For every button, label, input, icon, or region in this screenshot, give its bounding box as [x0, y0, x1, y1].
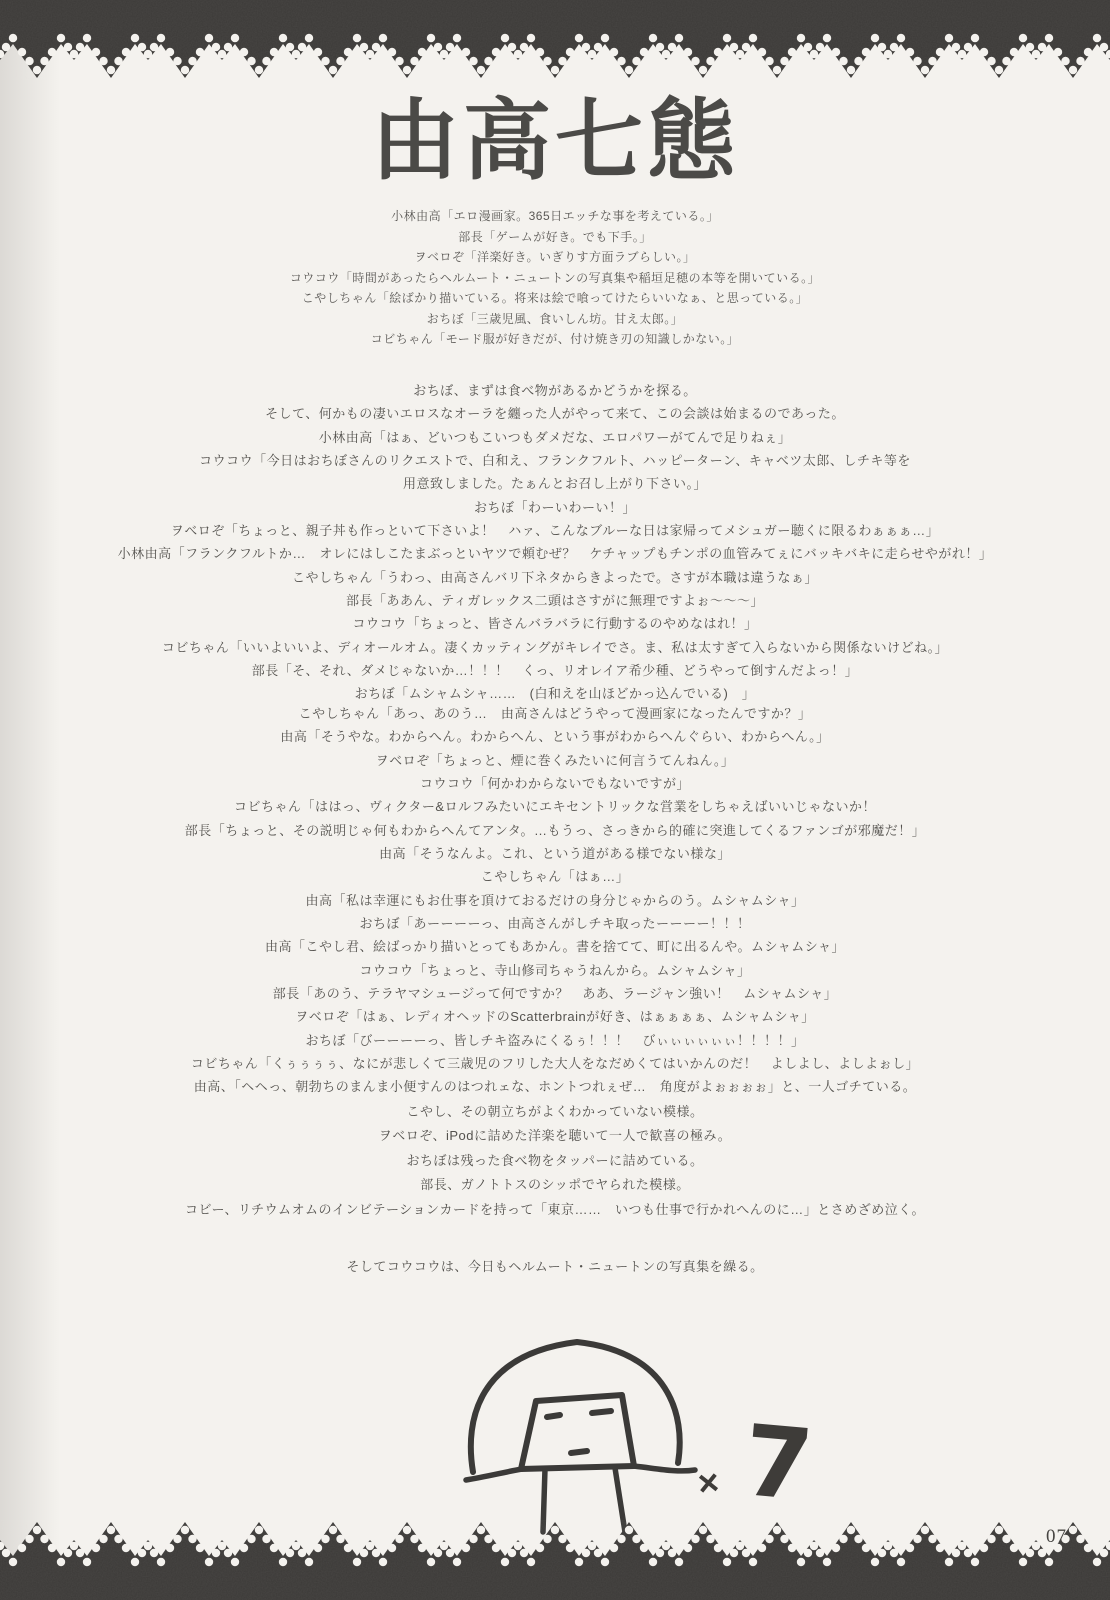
doodle-multiplier-x: ×: [696, 1461, 721, 1505]
doodle-multiplier-count: 7: [740, 1411, 817, 1517]
text-line: こやしちゃん「絵ばかり描いている。将来は絵で喰ってけたらいいなぁ、と思っている。…: [0, 288, 1110, 309]
scene1-block: おちぼ、まずは食べ物があるかどうかを探る。 そして、何かもの凄いエロスなオーラを…: [0, 379, 1110, 706]
text-line: 小林由高「フランクフルトか… オレにはしこたまぶっといヤツで頼むぜ？ ケチャップ…: [0, 542, 1110, 565]
text-line: 用意致しました。たぁんとお召し上がり下さい。」: [0, 472, 1110, 495]
page-title: 由高七態: [0, 88, 1110, 198]
text-line: 由高「こやし君、絵ばっかり描いとってもあかん。書を捨てて、町に出るんや。ムシャム…: [0, 935, 1110, 958]
text-line: 由高「そうなんよ。これ、という道がある様でない様な」: [0, 842, 1110, 865]
text-line: おちぼ、まずは食べ物があるかどうかを探る。: [0, 379, 1110, 402]
text-line: こやしちゃん「あっ、あのう… 由高さんはどうやって漫画家になったんですか？」: [0, 702, 1110, 725]
text-line: おちぼ「びーーーーっ、皆しチキ盗みにくるぅ！！！ びぃぃぃぃぃぃ！！！！」: [0, 1029, 1110, 1052]
text-line: コビちゃん「くぅぅぅぅ、なにが悲しくて三歳児のフリした大人をなだめくてはいかんの…: [0, 1052, 1110, 1075]
text-line: コビちゃん「モード服が好きだが、付け焼き刃の知識しかない。」: [0, 329, 1110, 350]
text-line: おちぼ「あーーーーっ、由高さんがしチキ取ったーーーー！！！: [0, 912, 1110, 935]
text-line: 由高「そうやな。わからへん。わからへん、という事がわからへんぐらい、わからへん。…: [0, 725, 1110, 748]
scene3-block: 由高、「ヘヘっ、朝勃ちのまんま小便すんのはつれェな、ホントつれぇぜ… 角度がよぉ…: [0, 1075, 1110, 1223]
kokeshi-doll-doodle: [430, 1330, 720, 1545]
text-line: コビちゃん「ははっ、ヴィクター&ロルフみたいにエキセントリックな営業をしちゃえば…: [0, 795, 1110, 818]
text-line: 小林由高「はぁ、どいつもこいつもダメだな、エロパワーがてんで足りねぇ」: [0, 426, 1110, 449]
text-line: 小林由高「エロ漫画家。365日エッチな事を考えている。」: [0, 206, 1110, 227]
text-line: コビちゃん「いいよいいよ、ディオールオム。凄くカッティングがキレイでさ。ま、私は…: [0, 636, 1110, 659]
scene2-block: こやしちゃん「あっ、あのう… 由高さんはどうやって漫画家になったんですか？」 由…: [0, 702, 1110, 1076]
lace-border-top-art: [0, 0, 1110, 80]
lace-border-top: [0, 0, 1110, 80]
text-line: コウコウ「ちょっと、皆さんバラバラに行動するのやめなはれ！」: [0, 612, 1110, 635]
text-line: 部長「ゲームが好き。でも下手。」: [0, 227, 1110, 248]
page-number: 07: [1046, 1526, 1067, 1548]
text-line: ヲベロぞ「ちょっと、親子丼も作っといて下さいよ！ ハァ、こんなブルーな日は家帰っ…: [0, 519, 1110, 542]
doujinshi-page: 由高七態 小林由高「エロ漫画家。365日エッチな事を考えている。」 部長「ゲーム…: [0, 0, 1110, 1600]
text-line: ヲベロぞ、iPodに詰めた洋楽を聴いて一人で歓喜の極み。: [0, 1124, 1110, 1149]
text-line: おちぼ「三歳児風、食いしん坊。甘え太郎。」: [0, 309, 1110, 330]
text-line: 部長「ちょっと、その説明じゃ何もわからへんてアンタ。…もうっ、さっきから的確に突…: [0, 819, 1110, 842]
text-line: 部長「そ、それ、ダメじゃないか…！！！ くっ、リオレイア希少種、どうやって倒すん…: [0, 659, 1110, 682]
text-line: 部長「あのう、テラヤマシュージって何ですか？ ああ、ラージャン強い！ ムシャムシ…: [0, 982, 1110, 1005]
text-line: コウコウ「ちょっと、寺山修司ちゃうねんから。ムシャムシャ」: [0, 959, 1110, 982]
text-line: 由高「私は幸運にもお仕事を頂けておるだけの身分じゃからのう。ムシャムシャ」: [0, 889, 1110, 912]
character-intro-block: 小林由高「エロ漫画家。365日エッチな事を考えている。」 部長「ゲームが好き。で…: [0, 206, 1110, 350]
text-line: コビー、リチウムオムのインビテーションカードを持って「東京…… いつも仕事で行か…: [0, 1198, 1110, 1223]
lace-border-bottom: [0, 1520, 1110, 1600]
text-line: おちぼ「わーいわーい！」: [0, 496, 1110, 519]
text-line: コウコウ「時間があったらヘルムート・ニュートンの写真集や稲垣足穂の本等を開いてい…: [0, 268, 1110, 289]
text-line: こやしちゃん「うわっ、由高さんバリ下ネタからきよったで。さすが本職は違うなぁ」: [0, 566, 1110, 589]
text-line: 部長「ああん、ティガレックス二頭はさすがに無理ですよぉ～～～」: [0, 589, 1110, 612]
lace-border-bottom-art: [0, 1520, 1110, 1600]
text-line: こやし、その朝立ちがよくわかっていない模様。: [0, 1100, 1110, 1125]
text-line: 由高、「ヘヘっ、朝勃ちのまんま小便すんのはつれェな、ホントつれぇぜ… 角度がよぉ…: [0, 1075, 1110, 1100]
text-line: ヲベロぞ「洋楽好き。いぎりす方面ラブらしい。」: [0, 247, 1110, 268]
text-line: そして、何かもの凄いエロスなオーラを纏った人がやって来て、この会談は始まるのであ…: [0, 402, 1110, 425]
text-line: 部長、ガノトトスのシッポでヤられた模様。: [0, 1173, 1110, 1198]
text-line: こやしちゃん「はぁ…」: [0, 865, 1110, 888]
text-line: コウコウ「今日はおちぼさんのリクエストで、白和え、フランクフルト、ハッピーターン…: [0, 449, 1110, 472]
closing-line: そしてコウコウは、今日もヘルムート・ニュートンの写真集を繰る。: [0, 1256, 1110, 1275]
text-line: ヲベロぞ「ちょっと、煙に巻くみたいに何言うてんねん。」: [0, 749, 1110, 772]
text-line: おちぼは残った食べ物をタッパーに詰めている。: [0, 1149, 1110, 1174]
text-line: コウコウ「何かわからないでもないですが」: [0, 772, 1110, 795]
text-line: ヲベロぞ「はぁ、レディオヘッドのScatterbrainが好き、はぁぁぁぁ、ムシ…: [0, 1005, 1110, 1028]
